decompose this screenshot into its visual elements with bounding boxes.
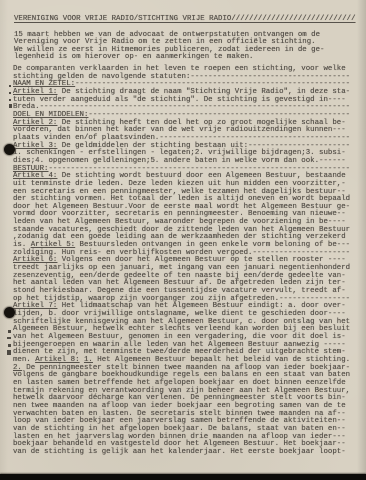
scan-edge-bar — [0, 474, 366, 480]
margin-mark — [9, 85, 11, 87]
document-page: VERENIGING VOOR VRIJE RADIO/STICHTING VR… — [0, 0, 366, 480]
margin-mark — [8, 344, 11, 347]
document-title: VERENIGING VOOR VRIJE RADIO/STICHTING VR… — [14, 15, 356, 23]
margin-mark — [9, 99, 11, 101]
intro-line: legenheid is om hierover op- en aanmerki… — [14, 54, 324, 61]
punch-hole-bottom — [4, 307, 15, 318]
margin-mark — [9, 104, 12, 108]
intro-paragraph: 15 maart hebben we van de advocaat de on… — [14, 32, 324, 61]
margin-mark — [7, 350, 11, 355]
statutes-text: De comparanten verklaarden in het leven … — [13, 66, 350, 456]
statute-line: van de stichting is gelijk aan het kalen… — [13, 449, 350, 457]
margin-mark — [9, 92, 11, 94]
punch-hole-top — [4, 144, 15, 155]
margin-mark — [8, 330, 11, 333]
margin-mark — [7, 337, 11, 339]
